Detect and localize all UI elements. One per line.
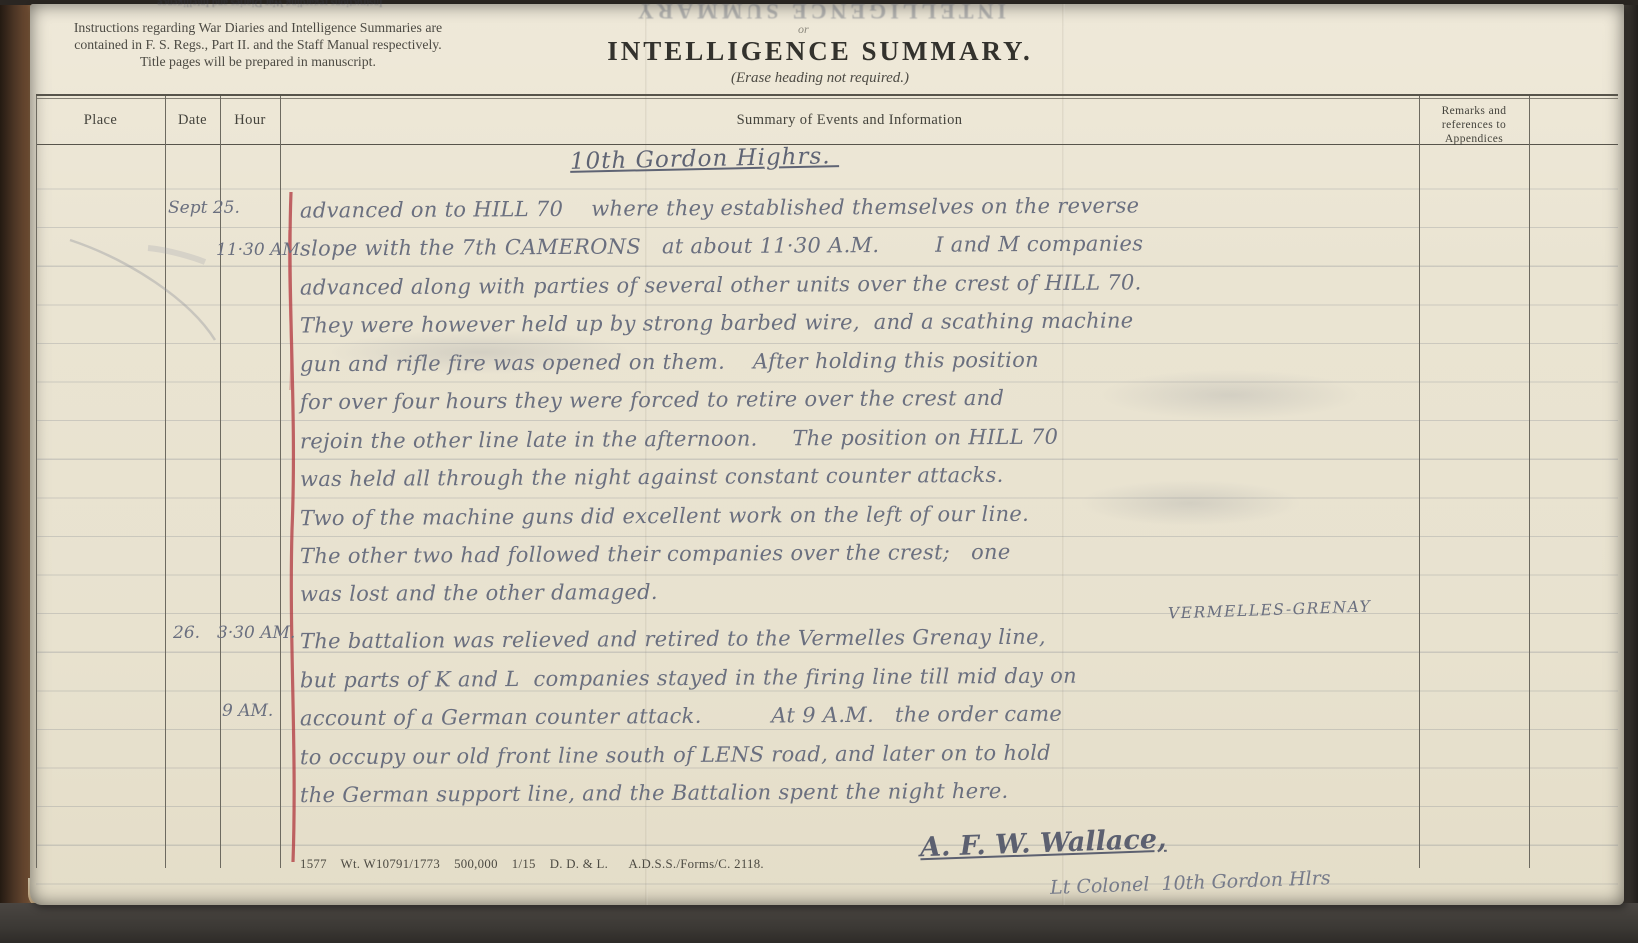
table-left-border [36, 96, 37, 868]
header-top-rule [36, 94, 1618, 96]
column-header-place: Place [36, 112, 165, 129]
hour-summary-divider [280, 96, 281, 868]
photo-bottom-edge [0, 903, 1638, 943]
entry1-line: They were however held up by strong barb… [300, 308, 1134, 337]
entry2-line: but parts of K and L companies stayed in… [300, 664, 1077, 693]
summary-remarks-divider [1419, 96, 1420, 868]
column-header-remarks: Remarks and references to Appendices [1421, 104, 1527, 146]
header-top-rule-double [36, 98, 1618, 99]
form-title: INTELLIGENCE SUMMARY. [420, 36, 1220, 67]
entry2-line: account of a German counter attack. At 9… [300, 702, 1062, 731]
bleed-through-mirrored-title: INTELLIGENCE SUMMARY [470, 0, 1170, 24]
entry2-line: the German support line, and the Battali… [300, 779, 1009, 807]
ink-bleed-smudge [1100, 370, 1360, 420]
form-or-label: or [798, 22, 809, 37]
entry1-line: advanced along with parties of several o… [300, 270, 1142, 299]
entry1-line: was held all through the night against c… [300, 463, 1004, 491]
entry1-hour: 11·30 AM [216, 240, 300, 260]
entry2-hour-2: 9 AM. [222, 701, 273, 721]
remarks-right-border [1529, 96, 1530, 868]
printers-imprint: 1577 Wt. W10791/1773 500,000 1/15 D. D. … [300, 857, 764, 872]
entry1-line: Two of the machine guns did excellent wo… [300, 502, 1029, 530]
entry2-date: 26. [173, 623, 200, 643]
entry2-line: The battalion was relieved and retired t… [300, 625, 1046, 654]
ink-bleed-smudge [1080, 480, 1300, 526]
entry1-line: slope with the 7th CAMERONS at about 11·… [300, 231, 1143, 260]
entry2-hour-1: 3·30 AM. [217, 623, 295, 643]
entry1-line: rejoin the other line late in the aftern… [300, 425, 1058, 454]
form-subtitle: (Erase heading not required.) [420, 70, 1220, 87]
column-header-date: Date [165, 112, 220, 129]
photographed-war-diary-page: INTELLIGENCE SUMMARY Instructions regard… [0, 0, 1638, 943]
entry1-line: advanced on to HILL 70 where they establ… [300, 193, 1139, 222]
entry1-line: for over four hours they were forced to … [300, 386, 1004, 414]
photo-right-edge [1622, 0, 1638, 943]
column-header-hour: Hour [220, 112, 280, 129]
entry1-line: gun and rifle fire was opened on them. A… [300, 348, 1039, 377]
entry1-line: The other two had followed their compani… [300, 540, 1011, 568]
entry1-line: was lost and the other damaged. [300, 580, 658, 606]
entry2-line: to occupy our old front line south of LE… [300, 741, 1051, 770]
book-spine-edge [0, 0, 34, 943]
bleed-through-corner-text: Instructions regarding War Diaries and I… [60, 0, 480, 9]
entry1-date: Sept 25. [168, 198, 240, 218]
form-instructions-text: Instructions regarding War Diaries and I… [62, 20, 454, 70]
column-header-summary: Summary of Events and Information [280, 112, 1419, 129]
place-date-divider [165, 96, 166, 868]
